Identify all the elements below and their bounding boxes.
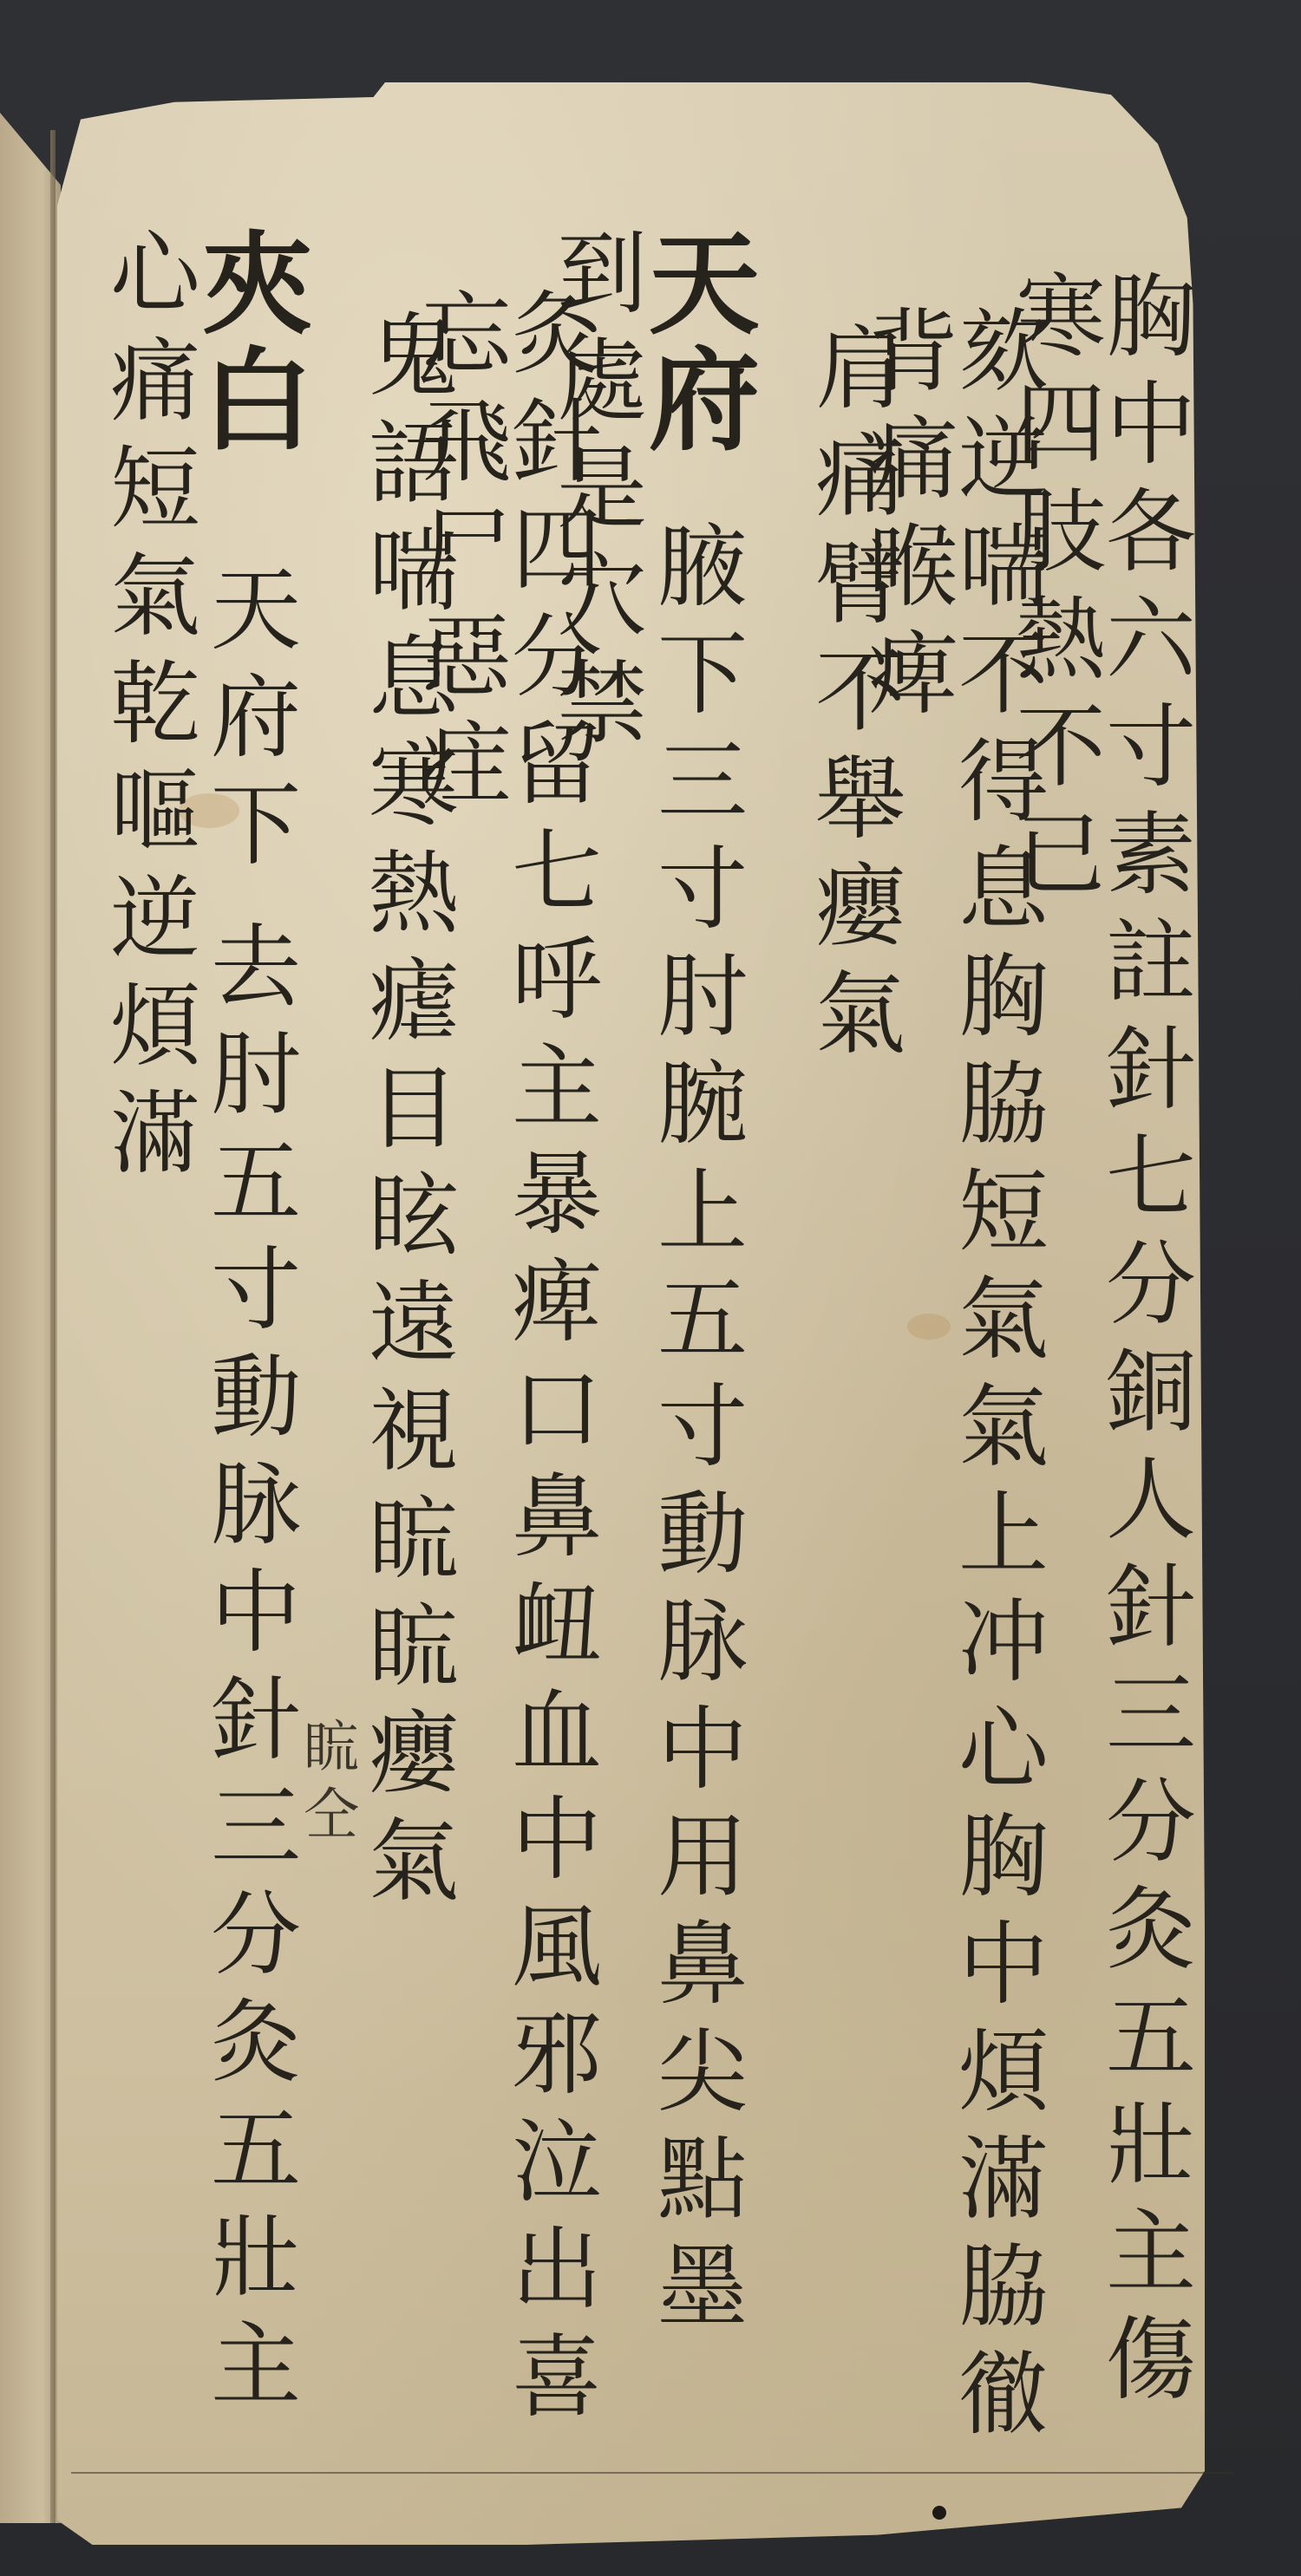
column-1: 胸中各六寸素註針七分銅人針三分灸五壯主傷寒四肢熱不已 xyxy=(1041,225,1188,2480)
column-7-jiabai: 夾白天府下去肘五寸動脉中針三分灸五壯主心痛短氣乾嘔逆煩滿 xyxy=(130,225,304,2436)
column-text-b: 去肘五寸動脉中針三分灸五壯主心痛短氣乾嘔逆煩滿 xyxy=(95,225,301,2424)
acupoint-heading-tianfu: 天府 xyxy=(639,225,750,458)
ink-dot xyxy=(932,2506,946,2520)
column-text: 鬼語喘息寒熱瘧目眩遠視䀮䀮癭氣 xyxy=(353,308,459,1921)
column-2: 欬逆喘不得息胸脇短氣氣上冲心胸中煩滿脇徹背痛喉痺 xyxy=(898,225,1041,2514)
column-text: 肩痛臂不舉癭氣 xyxy=(800,321,905,1073)
column-5: 灸針四分留七呼主暴痺口鼻衄血中風邪泣出喜忘飛尸惡疰 xyxy=(451,225,594,2497)
text-columns: 胸中各六寸素註針七分銅人針三分灸五壯主傷寒四肢熱不已 欬逆喘不得息胸脇短氣氣上冲… xyxy=(104,225,1188,2436)
column-4-tianfu: 天府腋下三寸肘腕上五寸動脉中用鼻尖點墨到處是穴禁 xyxy=(594,225,750,2436)
column-text-a: 天府下 xyxy=(195,562,301,884)
acupoint-heading-jiabai: 夾白 xyxy=(193,225,304,458)
column-3: 肩痛臂不舉癭氣 xyxy=(750,225,898,2532)
binding-gutter xyxy=(50,130,56,2523)
column-6: 鬼語喘息寒熱瘧目眩遠視䀮䀮癭氣 xyxy=(304,225,451,2519)
marginal-annotation: 䀮仝𥊷 xyxy=(286,1717,366,1920)
